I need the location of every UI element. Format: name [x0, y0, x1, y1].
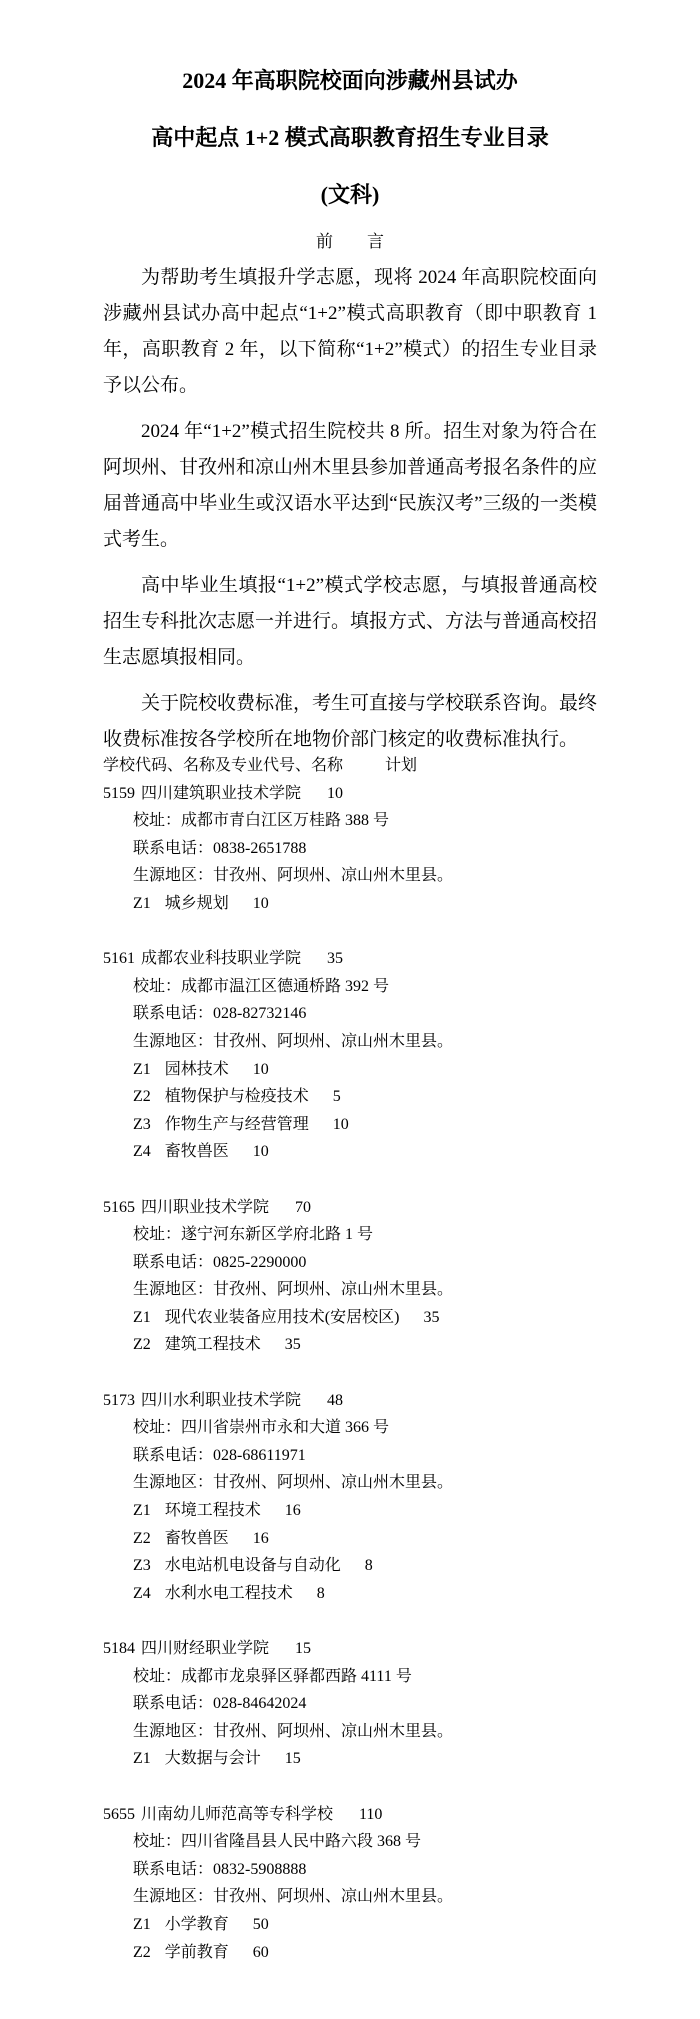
school-name: 成都农业科技职业学院 — [141, 950, 301, 967]
major-plan: 8 — [317, 1585, 325, 1602]
school-block-5173: 5173四川水利职业技术学院48 校址：四川省崇州市永和大道 366 号 联系电… — [103, 1387, 597, 1608]
major-code: Z4 — [133, 1143, 151, 1160]
school-address: 校址：成都市龙泉驿区驿都西路 4111 号 — [103, 1663, 597, 1691]
major-plan: 35 — [423, 1309, 439, 1326]
document-title: 2024 年高职院校面向涉藏州县试办 高中起点 1+2 模式高职教育招生专业目录… — [103, 52, 597, 223]
major-code: Z2 — [133, 1088, 151, 1105]
major-plan: 10 — [253, 1143, 269, 1160]
school-plan-total: 35 — [327, 950, 343, 967]
major-row: Z2畜牧兽医16 — [103, 1525, 597, 1553]
school-source-region: 生源地区：甘孜州、阿坝州、凉山州木里县。 — [103, 1883, 597, 1911]
major-code: Z1 — [133, 1309, 151, 1326]
major-name: 水利水电工程技术 — [165, 1585, 293, 1602]
major-row: Z1小学教育50 — [103, 1911, 597, 1939]
school-phone: 联系电话：0825-2290000 — [103, 1249, 597, 1277]
school-code: 5173 — [103, 1392, 135, 1409]
major-code: Z1 — [133, 1750, 151, 1767]
preface-paragraph-3: 高中毕业生填报“1+2”模式学校志愿，与填报普通高校招生专科批次志愿一并进行。填… — [103, 568, 597, 676]
school-address: 校址：四川省崇州市永和大道 366 号 — [103, 1414, 597, 1442]
title-line-3: (文科) — [103, 166, 597, 223]
title-line-2: 高中起点 1+2 模式高职教育招生专业目录 — [103, 109, 597, 166]
school-catalog: 学校代码、名称及专业代号、名称计划 5159四川建筑职业技术学院10 校址：成都… — [103, 752, 597, 1966]
school-source-region: 生源地区：甘孜州、阿坝州、凉山州木里县。 — [103, 1718, 597, 1746]
major-name: 学前教育 — [165, 1944, 229, 1961]
school-name: 四川建筑职业技术学院 — [141, 785, 301, 802]
school-source-region: 生源地区：甘孜州、阿坝州、凉山州木里县。 — [103, 862, 597, 890]
major-row: Z1园林技术10 — [103, 1056, 597, 1084]
major-plan: 15 — [285, 1750, 301, 1767]
major-name: 水电站机电设备与自动化 — [165, 1557, 341, 1574]
school-plan-total: 15 — [295, 1640, 311, 1657]
school-address: 校址：四川省隆昌县人民中路六段 368 号 — [103, 1828, 597, 1856]
preface-paragraph-2: 2024 年“1+2”模式招生院校共 8 所。招生对象为符合在阿坝州、甘孜州和凉… — [103, 414, 597, 558]
school-phone: 联系电话：0838-2651788 — [103, 835, 597, 863]
school-source-region: 生源地区：甘孜州、阿坝州、凉山州木里县。 — [103, 1028, 597, 1056]
major-row: Z1城乡规划10 — [103, 890, 597, 918]
major-code: Z1 — [133, 1916, 151, 1933]
major-plan: 16 — [253, 1530, 269, 1547]
major-plan: 16 — [285, 1502, 301, 1519]
major-name: 现代农业装备应用技术(安居校区) — [165, 1309, 400, 1326]
school-source-region: 生源地区：甘孜州、阿坝州、凉山州木里县。 — [103, 1469, 597, 1497]
major-plan: 50 — [253, 1916, 269, 1933]
preface-heading: 前 言 — [103, 223, 597, 260]
school-name: 川南幼儿师范高等专科学校 — [141, 1806, 333, 1823]
school-name: 四川职业技术学院 — [141, 1199, 269, 1216]
school-phone: 联系电话：028-68611971 — [103, 1442, 597, 1470]
school-address: 校址：成都市青白江区万桂路 388 号 — [103, 807, 597, 835]
document-page: 2024 年高职院校面向涉藏州县试办 高中起点 1+2 模式高职教育招生专业目录… — [0, 0, 700, 2019]
school-block-5161: 5161成都农业科技职业学院35 校址：成都市温江区德通桥路 392 号 联系电… — [103, 945, 597, 1166]
major-plan: 5 — [333, 1088, 341, 1105]
catalog-header-label: 学校代码、名称及专业代号、名称 — [103, 757, 343, 774]
major-name: 环境工程技术 — [165, 1502, 261, 1519]
preface-paragraph-1: 为帮助考生填报升学志愿，现将 2024 年高职院校面向涉藏州县试办高中起点“1+… — [103, 260, 597, 404]
major-plan: 10 — [333, 1116, 349, 1133]
school-name: 四川水利职业技术学院 — [141, 1392, 301, 1409]
school-plan-total: 48 — [327, 1392, 343, 1409]
major-row: Z2植物保护与检疫技术5 — [103, 1083, 597, 1111]
school-block-5184: 5184四川财经职业学院15 校址：成都市龙泉驿区驿都西路 4111 号 联系电… — [103, 1635, 597, 1773]
major-code: Z4 — [133, 1585, 151, 1602]
major-row: Z1大数据与会计15 — [103, 1745, 597, 1773]
major-code: Z2 — [133, 1336, 151, 1353]
major-row: Z2建筑工程技术35 — [103, 1331, 597, 1359]
school-plan-total: 110 — [359, 1806, 382, 1823]
school-block-5159: 5159四川建筑职业技术学院10 校址：成都市青白江区万桂路 388 号 联系电… — [103, 780, 597, 918]
major-plan: 35 — [285, 1336, 301, 1353]
major-name: 小学教育 — [165, 1916, 229, 1933]
school-block-5655: 5655川南幼儿师范高等专科学校110 校址：四川省隆昌县人民中路六段 368 … — [103, 1801, 597, 1967]
catalog-header-plan-label: 计划 — [385, 757, 417, 774]
school-header-row: 5173四川水利职业技术学院48 — [103, 1387, 597, 1415]
school-header-row: 5161成都农业科技职业学院35 — [103, 945, 597, 973]
major-name: 建筑工程技术 — [165, 1336, 261, 1353]
major-plan: 60 — [253, 1944, 269, 1961]
school-address: 校址：遂宁河东新区学府北路 1 号 — [103, 1221, 597, 1249]
major-row: Z1现代农业装备应用技术(安居校区)35 — [103, 1304, 597, 1332]
school-name: 四川财经职业学院 — [141, 1640, 269, 1657]
major-code: Z2 — [133, 1944, 151, 1961]
major-code: Z2 — [133, 1530, 151, 1547]
major-name: 畜牧兽医 — [165, 1530, 229, 1547]
school-phone: 联系电话：028-84642024 — [103, 1690, 597, 1718]
major-name: 大数据与会计 — [165, 1750, 261, 1767]
major-code: Z3 — [133, 1557, 151, 1574]
major-plan: 10 — [253, 1061, 269, 1078]
major-row: Z1环境工程技术16 — [103, 1497, 597, 1525]
major-name: 园林技术 — [165, 1061, 229, 1078]
school-address: 校址：成都市温江区德通桥路 392 号 — [103, 973, 597, 1001]
school-code: 5161 — [103, 950, 135, 967]
school-code: 5655 — [103, 1806, 135, 1823]
school-source-region: 生源地区：甘孜州、阿坝州、凉山州木里县。 — [103, 1276, 597, 1304]
school-header-row: 5165四川职业技术学院70 — [103, 1194, 597, 1222]
school-phone: 联系电话：0832-5908888 — [103, 1856, 597, 1884]
school-plan-total: 70 — [295, 1199, 311, 1216]
major-code: Z1 — [133, 1061, 151, 1078]
major-name: 畜牧兽医 — [165, 1143, 229, 1160]
school-block-5165: 5165四川职业技术学院70 校址：遂宁河东新区学府北路 1 号 联系电话：08… — [103, 1194, 597, 1360]
major-code: Z1 — [133, 895, 151, 912]
major-code: Z3 — [133, 1116, 151, 1133]
major-plan: 8 — [365, 1557, 373, 1574]
school-header-row: 5159四川建筑职业技术学院10 — [103, 780, 597, 808]
school-code: 5184 — [103, 1640, 135, 1657]
major-row: Z4畜牧兽医10 — [103, 1138, 597, 1166]
major-plan: 10 — [253, 895, 269, 912]
major-row: Z3作物生产与经营管理10 — [103, 1111, 597, 1139]
major-row: Z4水利水电工程技术8 — [103, 1580, 597, 1608]
school-header-row: 5655川南幼儿师范高等专科学校110 — [103, 1801, 597, 1829]
preface-paragraph-4: 关于院校收费标准，考生可直接与学校联系咨询。最终收费标准按各学校所在地物价部门核… — [103, 686, 597, 758]
major-row: Z3水电站机电设备与自动化8 — [103, 1552, 597, 1580]
major-row: Z2学前教育60 — [103, 1939, 597, 1967]
major-name: 作物生产与经营管理 — [165, 1116, 309, 1133]
major-name: 城乡规划 — [165, 895, 229, 912]
school-code: 5165 — [103, 1199, 135, 1216]
school-code: 5159 — [103, 785, 135, 802]
school-phone: 联系电话：028-82732146 — [103, 1000, 597, 1028]
major-code: Z1 — [133, 1502, 151, 1519]
title-line-1: 2024 年高职院校面向涉藏州县试办 — [103, 52, 597, 109]
school-header-row: 5184四川财经职业学院15 — [103, 1635, 597, 1663]
major-name: 植物保护与检疫技术 — [165, 1088, 309, 1105]
school-plan-total: 10 — [327, 785, 343, 802]
